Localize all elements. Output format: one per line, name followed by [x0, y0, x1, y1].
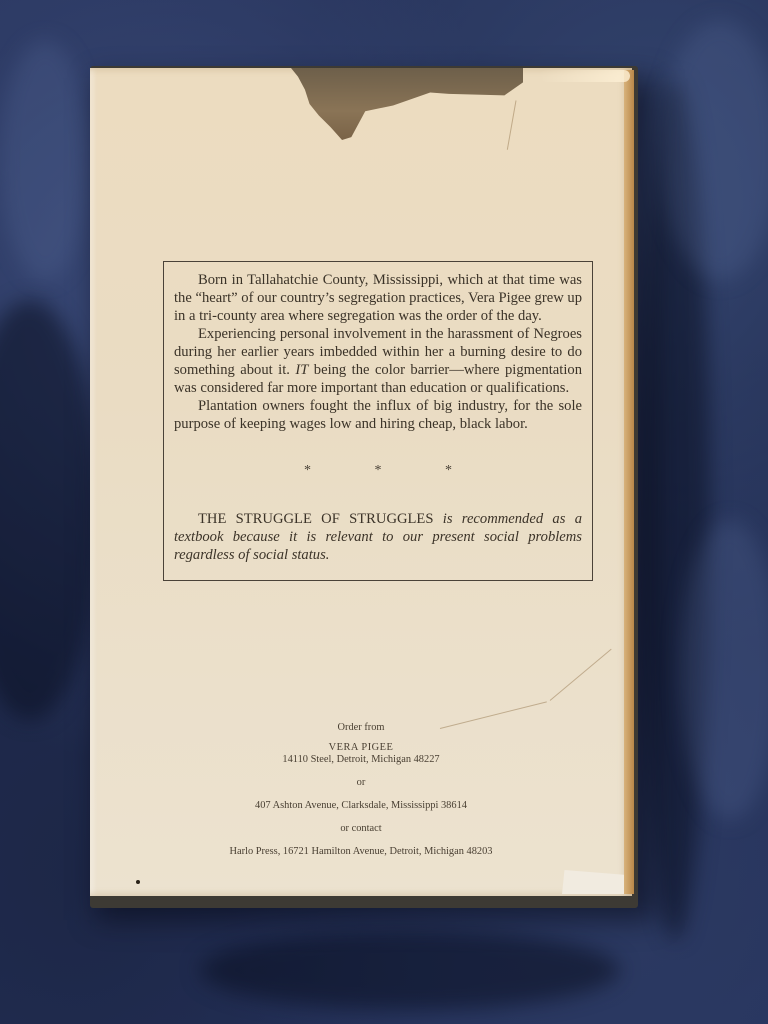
order-heading: Order from [90, 722, 632, 734]
recommendation-paragraph: THE STRUGGLE OF STRUGGLES is recommended… [174, 510, 582, 564]
section-separator: * * * [174, 462, 582, 480]
blurb-emphasis: IT [295, 362, 308, 378]
blurb-paragraph-1: Born in Tallahatchie County, Mississippi… [174, 271, 582, 325]
order-information: Order from VERA PIGEE 14110 Steel, Detro… [90, 722, 632, 858]
fabric-fold-shadow [200, 930, 620, 1010]
order-or-2: or contact [90, 823, 632, 835]
order-or-1: or [90, 777, 632, 789]
order-name: VERA PIGEE [90, 742, 632, 754]
book-title: THE STRUGGLE OF STRUGGLES [198, 511, 433, 527]
paper-speck [136, 880, 140, 884]
blurb-paragraph-3: Plantation owners fought the influx of b… [174, 397, 582, 433]
order-publisher: Harlo Press, 16721 Hamilton Avenue, Detr… [90, 846, 632, 858]
fabric-fold-highlight [0, 40, 90, 280]
blurb-box: Born in Tallahatchie County, Mississippi… [163, 261, 593, 581]
fabric-fold-highlight [660, 20, 768, 280]
light-glare [540, 70, 630, 82]
order-address-2: 407 Ashton Avenue, Clarksdale, Mississip… [90, 800, 632, 812]
fabric-fold-shadow [0, 300, 100, 720]
blurb-paragraph-2: Experiencing personal involvement in the… [174, 325, 582, 397]
order-address-1: 14110 Steel, Detroit, Michigan 48227 [90, 754, 632, 766]
